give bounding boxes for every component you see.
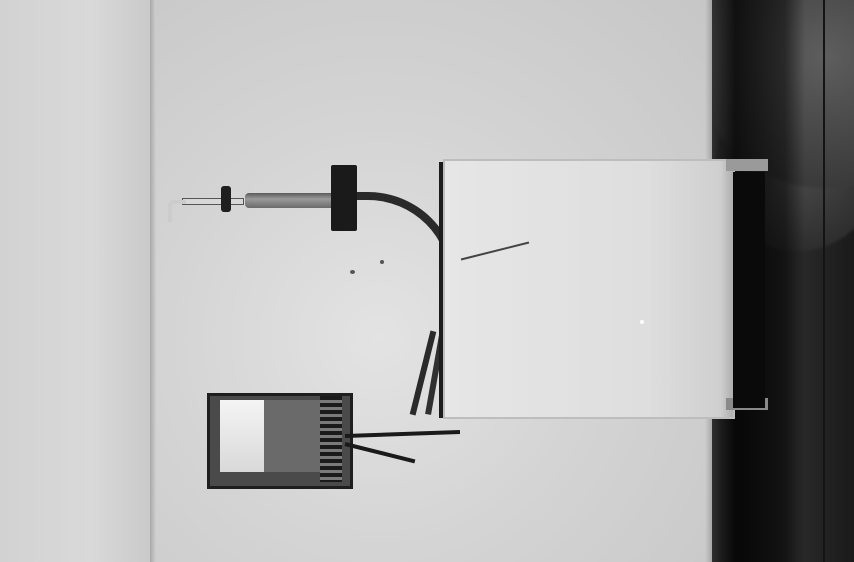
pipe-flange (331, 165, 357, 231)
cabinet-spot (640, 320, 644, 324)
valve-handle-icon (221, 186, 231, 212)
floor-joint (823, 0, 825, 562)
wall-stain (350, 270, 355, 274)
photo-scene (0, 0, 854, 562)
terminal-connector-strip (320, 396, 342, 482)
tap-stem (182, 198, 244, 205)
terminal-interior (264, 400, 320, 472)
cabinet-shadow (733, 172, 765, 408)
tap-spout (168, 200, 186, 222)
white-cabinet (443, 159, 735, 419)
side-wall (0, 0, 152, 562)
cabinet-foot-top (726, 159, 768, 171)
wall-stain (380, 260, 384, 264)
terminal-cover-plate (220, 400, 264, 472)
water-pipe (245, 193, 335, 208)
